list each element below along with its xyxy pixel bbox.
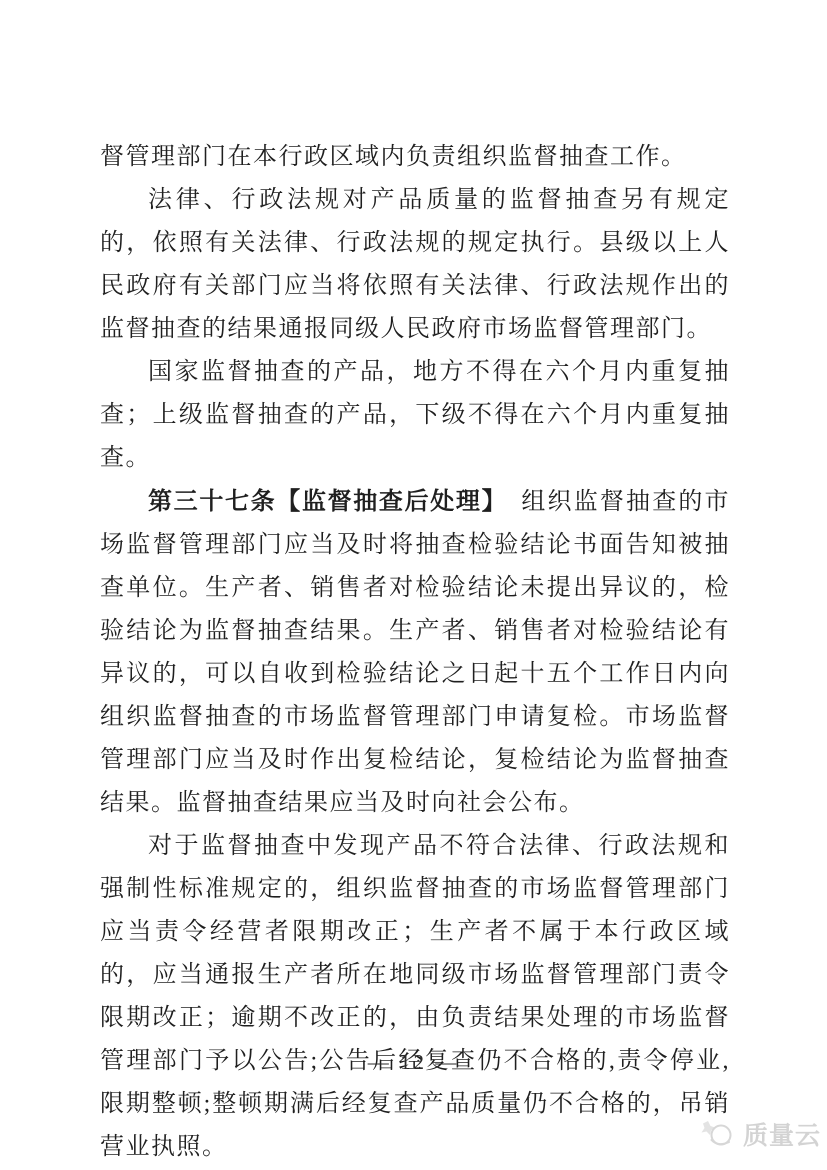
watermark: 质量云	[698, 1116, 821, 1152]
article-37-heading: 第三十七条【监督抽查后处理】	[148, 488, 495, 515]
paragraph-continuation: 督管理部门在本行政区域内负责组织监督抽查工作。	[100, 136, 730, 179]
paragraph-article-37: 第三十七条【监督抽查后处理】 组织监督抽查的市场监督管理部门应当及时将抽查检验结…	[100, 480, 730, 825]
paragraph-no-repeat-inspection: 国家监督抽查的产品，地方不得在六个月内重复抽查；上级监督抽查的产品，下级不得在六…	[100, 351, 730, 480]
page-number: — 12 —	[0, 1050, 827, 1075]
paragraph-supervision-regulations: 法律、行政法规对产品质量的监督抽查另有规定的，依照有关法律、行政法规的规定执行。…	[100, 179, 730, 351]
article-37-body-text: 组织监督抽查的市场监督管理部门应当及时将抽查检验结论书面告知被抽查单位。生产者、…	[100, 489, 730, 816]
paragraph-nonconforming-products: 对于监督抽查中发现产品不符合法律、行政法规和强制性标准规定的，组织监督抽查的市场…	[100, 825, 730, 1169]
watermark-label: 质量云	[743, 1116, 821, 1152]
document-page: 督管理部门在本行政区域内负责组织监督抽查工作。 法律、行政法规对产品质量的监督抽…	[0, 0, 827, 1170]
document-body: 督管理部门在本行政区域内负责组织监督抽查工作。 法律、行政法规对产品质量的监督抽…	[100, 136, 730, 1169]
quality-cloud-logo-icon	[698, 1117, 738, 1151]
